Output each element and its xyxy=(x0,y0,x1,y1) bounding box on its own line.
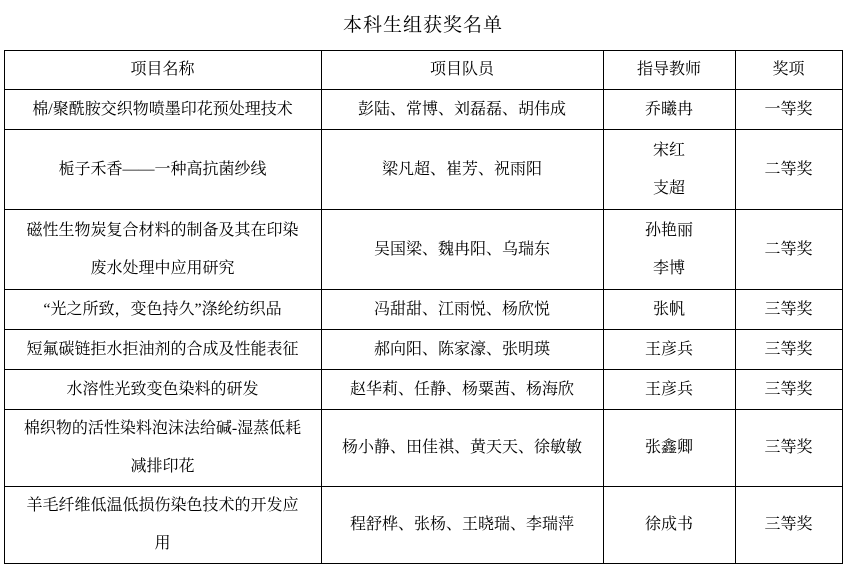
table-row: 磁性生物炭复合材料的制备及其在印染 废水处理中应用研究 吴国梁、魏冉阳、乌瑞东 … xyxy=(4,210,842,290)
table-row: 水溶性光致变色染料的研发 赵华莉、任静、杨粟茜、杨海欣 王彦兵 三等奖 xyxy=(4,370,842,410)
award-cell: 三等奖 xyxy=(735,410,842,487)
project-cell: 羊毛纤维低温低损伤染色技术的开发应 用 xyxy=(4,487,321,564)
header-cell-award: 奖项 xyxy=(735,51,842,90)
project-cell: 棉/聚酰胺交织物喷墨印花预处理技术 xyxy=(4,90,321,130)
table-row: “光之所致，变色持久”涤纶纺织品 冯甜甜、江雨悦、杨欣悦 张帆 三等奖 xyxy=(4,290,842,330)
members-cell: 杨小静、田佳祺、黄天天、徐敏敏 xyxy=(321,410,603,487)
award-cell: 二等奖 xyxy=(735,130,842,210)
award-cell: 三等奖 xyxy=(735,330,842,370)
members-cell: 梁凡超、崔芳、祝雨阳 xyxy=(321,130,603,210)
members-cell: 冯甜甜、江雨悦、杨欣悦 xyxy=(321,290,603,330)
document-page: 本科生组获奖名单 项目名称 项目队员 指导教师 奖项 棉/聚酰胺交织物喷墨印花预… xyxy=(0,0,846,566)
header-row: 项目名称 项目队员 指导教师 奖项 xyxy=(4,51,842,90)
project-cell: 短氟碳链拒水拒油剂的合成及性能表征 xyxy=(4,330,321,370)
members-cell: 赵华莉、任静、杨粟茜、杨海欣 xyxy=(321,370,603,410)
page-title: 本科生组获奖名单 xyxy=(0,12,846,40)
members-cell: 彭陆、常博、刘磊磊、胡伟成 xyxy=(321,90,603,130)
table-row: 羊毛纤维低温低损伤染色技术的开发应 用 程舒桦、张杨、王晓瑞、李瑞萍 徐成书 三… xyxy=(4,487,842,564)
project-cell: 水溶性光致变色染料的研发 xyxy=(4,370,321,410)
members-cell: 郝向阳、陈家濠、张明瑛 xyxy=(321,330,603,370)
advisor-cell: 孙艳丽 李博 xyxy=(603,210,735,290)
table-row: 栀子禾香——一种高抗菌纱线 梁凡超、崔芳、祝雨阳 宋红 支超 二等奖 xyxy=(4,130,842,210)
advisor-cell: 张帆 xyxy=(603,290,735,330)
table-row: 短氟碳链拒水拒油剂的合成及性能表征 郝向阳、陈家濠、张明瑛 王彦兵 三等奖 xyxy=(4,330,842,370)
header-cell-project: 项目名称 xyxy=(4,51,321,90)
award-cell: 三等奖 xyxy=(735,370,842,410)
project-cell: “光之所致，变色持久”涤纶纺织品 xyxy=(4,290,321,330)
advisor-cell: 宋红 支超 xyxy=(603,130,735,210)
advisor-cell: 徐成书 xyxy=(603,487,735,564)
project-cell: 栀子禾香——一种高抗菌纱线 xyxy=(4,130,321,210)
advisor-cell: 王彦兵 xyxy=(603,330,735,370)
header-cell-members: 项目队员 xyxy=(321,51,603,90)
table-row: 棉/聚酰胺交织物喷墨印花预处理技术 彭陆、常博、刘磊磊、胡伟成 乔曦冉 一等奖 xyxy=(4,90,842,130)
advisor-cell: 张鑫卿 xyxy=(603,410,735,487)
award-cell: 一等奖 xyxy=(735,90,842,130)
project-cell: 磁性生物炭复合材料的制备及其在印染 废水处理中应用研究 xyxy=(4,210,321,290)
advisor-cell: 乔曦冉 xyxy=(603,90,735,130)
table-row: 棉织物的活性染料泡沫法给碱-湿蒸低耗 减排印花 杨小静、田佳祺、黄天天、徐敏敏 … xyxy=(4,410,842,487)
members-cell: 吴国梁、魏冉阳、乌瑞东 xyxy=(321,210,603,290)
award-cell: 三等奖 xyxy=(735,487,842,564)
award-cell: 三等奖 xyxy=(735,290,842,330)
header-cell-advisor: 指导教师 xyxy=(603,51,735,90)
award-cell: 二等奖 xyxy=(735,210,842,290)
advisor-cell: 王彦兵 xyxy=(603,370,735,410)
project-cell: 棉织物的活性染料泡沫法给碱-湿蒸低耗 减排印花 xyxy=(4,410,321,487)
members-cell: 程舒桦、张杨、王晓瑞、李瑞萍 xyxy=(321,487,603,564)
awards-table: 项目名称 项目队员 指导教师 奖项 棉/聚酰胺交织物喷墨印花预处理技术 彭陆、常… xyxy=(4,50,843,564)
